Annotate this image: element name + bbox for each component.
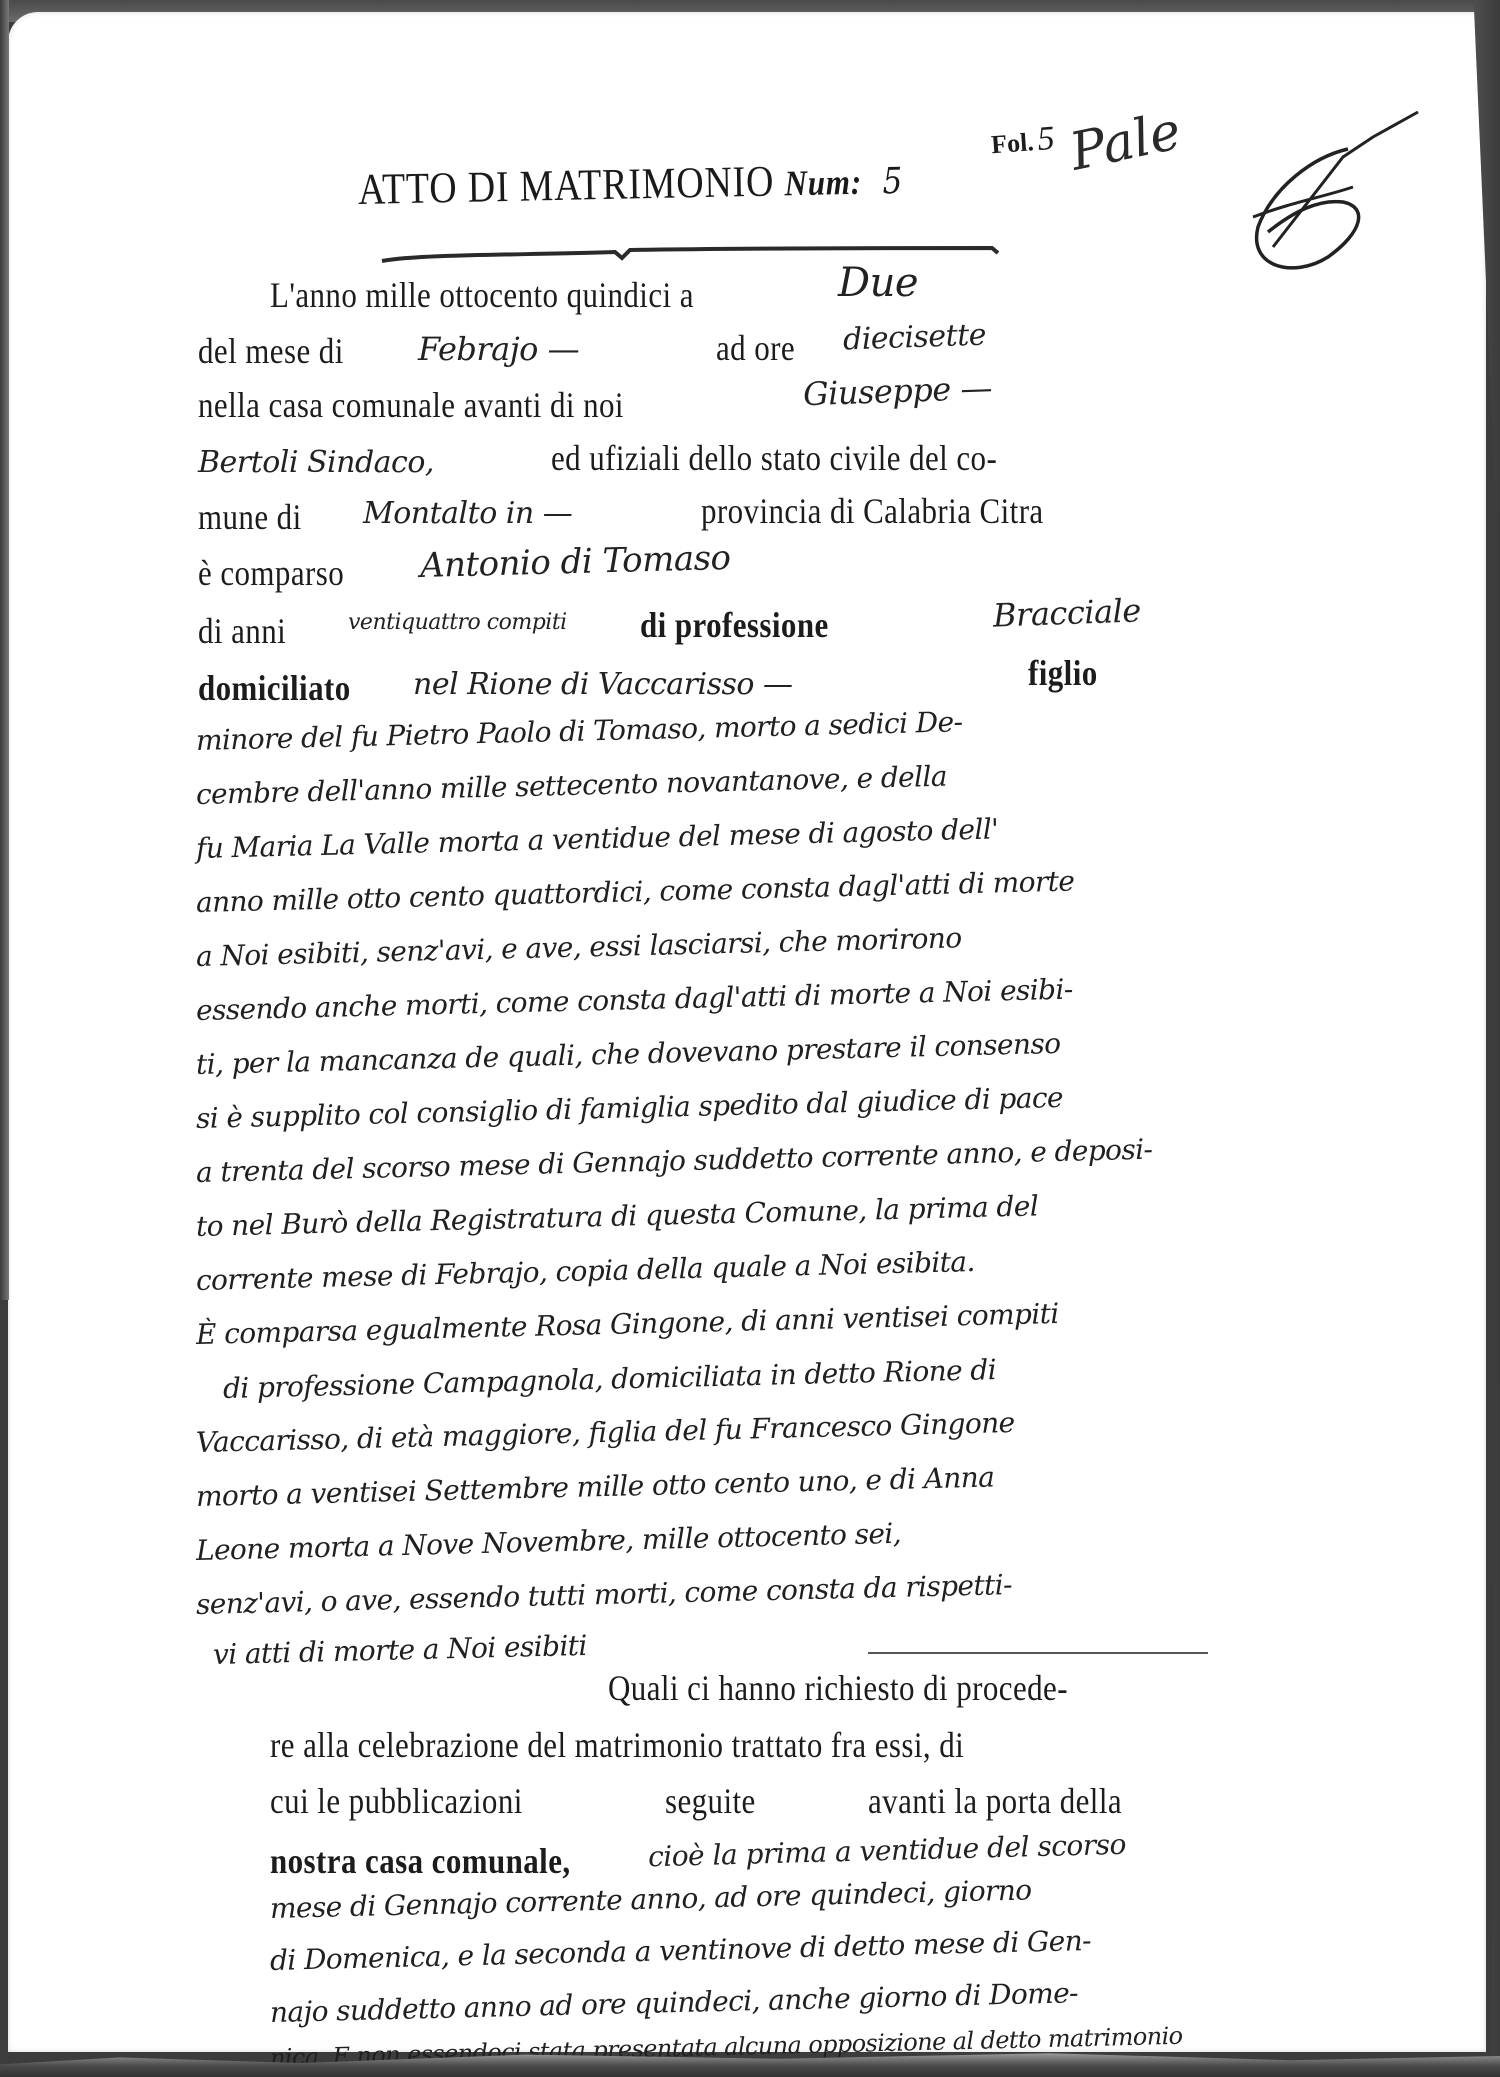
handwritten-line: di professione Campagnola, domiciliata i… (223, 1348, 1204, 1405)
handwritten-line: a Noi esibiti, senz'avi, e ave, essi las… (196, 916, 1177, 973)
typed-text: figlio (1028, 652, 1098, 694)
folio-number: 5 (1036, 120, 1056, 158)
handwritten-entry: nel Rione di Vaccarisso — (413, 667, 793, 702)
folio-label: Fol. (990, 127, 1035, 159)
typed-text: ad ore (716, 327, 795, 369)
handwritten-line: essendo anche morti, come consta dagl'at… (196, 970, 1177, 1027)
handwritten-line: anno mille otto cento quattordici, come … (196, 862, 1177, 919)
handwritten-entry: cioè la prima a ventidue del scorso (648, 1828, 1127, 1874)
handwritten-line: cembre dell'anno mille settecento novant… (196, 754, 1177, 811)
document-page: ATTO DI MATRIMONIO Num: 5 Fol.5 Pale L'a… (8, 12, 1486, 2052)
handwritten-entry: Due (838, 260, 918, 306)
typed-text: re alla celebrazione del matrimonio trat… (270, 1724, 964, 1766)
typed-text: avanti la porta della (868, 1780, 1122, 1822)
handwritten-line: Leone morta a Nove Novembre, mille ottoc… (196, 1510, 1177, 1567)
handwritten-line: a trenta del scorso mese di Gennajo sudd… (196, 1132, 1177, 1189)
handwritten-entry: diecisette (842, 318, 986, 358)
typed-text: cui le pubblicazioni (270, 1780, 523, 1822)
handwritten-entry: Giuseppe — (802, 369, 992, 414)
signature-flourish-icon (1233, 107, 1423, 282)
margin-annotation: Pale (1065, 101, 1186, 183)
handwritten-entry: Antonio di Tomaso (420, 538, 731, 586)
handwritten-line: fu Maria La Valle morta a ventidue del m… (196, 808, 1177, 865)
typed-text: seguite (665, 1780, 756, 1822)
typed-text: provincia di Calabria Citra (701, 490, 1044, 532)
record-number-label: Num: (784, 162, 862, 204)
record-number-value: 5 (882, 161, 903, 202)
typed-text: Quali ci hanno richiesto di procede- (608, 1667, 1068, 1709)
handwritten-line: najo suddetto anno ad ore quindeci, anch… (270, 1972, 1241, 2029)
handwritten-line: vi atti di morte a Noi esibiti (213, 1623, 814, 1671)
handwritten-line: Vaccarisso, di età maggiore, figlia del … (196, 1402, 1177, 1459)
scan-border-left (0, 0, 9, 1300)
handwritten-entry: Febrajo — (418, 330, 579, 368)
handwritten-line: ti, per la mancanza de quali, che doveva… (196, 1024, 1177, 1081)
handwritten-line: di Domenica, e la seconda a ventinove di… (270, 1920, 1241, 1977)
typed-text: nella casa comunale avanti di noi (198, 384, 624, 426)
title-text: ATTO DI MATRIMONIO (358, 157, 775, 214)
typed-text: ed ufiziali dello stato civile del co- (551, 437, 997, 479)
typed-text: nostra casa comunale, (270, 1840, 571, 1882)
handwritten-line: È comparsa egualmente Rosa Gingone, di a… (196, 1294, 1177, 1351)
handwritten-line: corrente mese di Febrajo, copia della qu… (196, 1240, 1177, 1297)
handwritten-line: si è supplito col consiglio di famiglia … (196, 1078, 1177, 1135)
typed-text: L'anno mille ottocento quindici a (270, 274, 694, 316)
typed-text: del mese di (198, 330, 344, 372)
handwritten-line: morto a ventisei Settembre mille otto ce… (196, 1456, 1177, 1513)
typed-text: di anni (198, 610, 286, 652)
handwritten-entry: Bracciale (992, 591, 1141, 634)
typed-text: è comparso (198, 552, 344, 594)
typed-text: domiciliato (198, 667, 351, 709)
typed-text: mune di (198, 496, 302, 538)
handwritten-line: to nel Burò della Registratura di questa… (196, 1186, 1177, 1243)
page-title: ATTO DI MATRIMONIO Num: 5 (358, 153, 904, 215)
handwritten-entry: Bertoli Sindaco, (198, 445, 434, 480)
handwritten-entry: ventiquattro compiti (348, 610, 567, 635)
folio-marker: Fol.5 (990, 120, 1056, 162)
typed-text: di professione (640, 604, 829, 646)
handwritten-line: senz'avi, o ave, essendo tutti morti, co… (196, 1564, 1177, 1621)
line-separator (868, 1652, 1208, 1654)
handwritten-entry: Montalto in — (363, 496, 572, 531)
